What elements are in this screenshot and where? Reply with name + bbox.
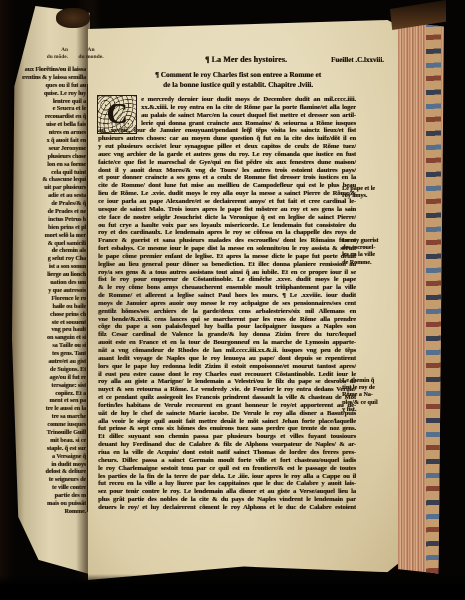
text-line: France & guerist et sana plusieurs malad… <box>98 237 356 245</box>
text-line: fist le roy pour empereur de Cõstantinob… <box>98 276 356 284</box>
note-line: de Romme. <box>342 260 400 267</box>
margin-note-an-du-monde: Andu monde. <box>74 47 108 61</box>
note-line: ples/& ce quil <box>342 400 400 407</box>
text-line: auec vng archier de la garde et autres g… <box>98 151 356 159</box>
text-line: les parties de la fin de la terre de par… <box>98 473 356 481</box>
text-line: au palais de sainct Marc/en la court duq… <box>141 112 356 120</box>
note-line: Le pape et le <box>342 186 400 193</box>
text-line: roy et des cardinaulx. Le lendemain apre… <box>98 229 356 237</box>
margin-note: Le pape et leroy amys. <box>342 186 400 200</box>
binding-top-right <box>390 0 446 30</box>
text-line: deuant luy Ferdinand duc de Calabre & fi… <box>98 441 356 449</box>
text-line: moys de Januier apres auoir ouy messe le… <box>98 300 356 308</box>
note-line: y fist. <box>342 407 400 414</box>
bottom-shadow <box>0 574 465 600</box>
text-line: roy/a ses gens & a tous autres assistans… <box>98 269 356 277</box>
text-line: auant ledit voyage de Naples que le roy … <box>98 355 356 363</box>
note-line: An <box>42 47 68 54</box>
text-line: plus grãt partie des nobles de la cite &… <box>98 496 356 504</box>
note-line: les en la ville <box>342 252 400 259</box>
text-line: cite de Romme/ dont lune fut mise au mei… <box>98 182 356 190</box>
binding-headband <box>56 8 90 28</box>
previous-page-margin-note: Andu mõde. <box>42 47 68 61</box>
text-line: faicte/ce que fist le mareschal de Gye/q… <box>98 159 356 167</box>
note-line: tint le roy de <box>342 385 400 392</box>
text-line: riua en la ville de Acquin/ dont estoit … <box>98 449 356 457</box>
text-line: cte face de nostre seigñr Jesuchrist dic… <box>98 214 356 222</box>
note-line: roy amys. <box>342 193 400 200</box>
text-line: ce iour parla au pape Alexandre/et se de… <box>98 198 356 206</box>
text-line: gentilz hõmes/ses archiers de la garde/d… <box>98 308 356 316</box>
text-line: ou fut crye a haulte voix par ses loyaul… <box>98 222 356 230</box>
chapter-heading-line2: de la bonne iustice quil y establit. Cha… <box>118 80 358 89</box>
book-photo: Andu mõde. aux Florẽtins/ou il laissales… <box>0 0 465 600</box>
text-line: lors que le pape luy redonna ledit Zizim… <box>98 363 356 371</box>
text-line: fort esbahys. Ce mesme iour le pape dist… <box>98 245 356 253</box>
text-line: leglise au lieu general pour dõner sa be… <box>98 261 356 269</box>
text-line: lieu de Rõme. Le .xvie. dudit moys le ro… <box>98 190 356 198</box>
text-line: filz Cesar cardinal de Valence la grande… <box>98 331 356 339</box>
text-line: deuers le roy/ et luy declairerent cõmen… <box>98 504 356 512</box>
text-line: cheurs. Dillec passa a sainct Germain mo… <box>98 457 356 465</box>
note-line: An <box>74 47 108 54</box>
text-line: roy alla au giste a Marigne/ le lendemai… <box>98 378 356 386</box>
text-line: dont il y auoit deux Mores/& vng de Tour… <box>98 167 356 175</box>
text-line: il eust peu estre cause dont le roy Char… <box>98 371 356 379</box>
folio-number: Fueillet .C.lxxviii. <box>331 56 401 64</box>
text-line: le roy Charlemaigne sestoit tenu par ce … <box>98 465 356 473</box>
text-line: vne bende/&.xviii. cens lances qui se ma… <box>98 316 356 324</box>
book-fore-edge <box>398 22 444 578</box>
text-line: y eut plusieurs occis/et leur synagogue … <box>98 143 356 151</box>
text-line: Et dillec suyuant son chemin passa par p… <box>98 433 356 441</box>
text-line: au .xxviiie. iour de Januier ensuyuant/p… <box>98 127 356 135</box>
margin-note: Le roy gueristdes escrouel-les en la vil… <box>342 238 400 267</box>
note-line: Rõme a Na- <box>342 392 400 399</box>
text-line: de Romme/ et allerent a leglise sainct P… <box>98 292 356 300</box>
text-line: alla veoir le siege quil auoit fait mett… <box>98 418 356 426</box>
text-line: fut prinse & sept cens six hõmes des enu… <box>98 425 356 433</box>
body-text: e mercredy dernier iour dudit moys de De… <box>98 96 356 512</box>
text-line: cõge du pape a son palais/lequel luy bai… <box>98 323 356 331</box>
note-line: du monde. <box>74 54 108 61</box>
note-line: Le roy guerist <box>342 238 400 245</box>
margin-note: Le chemin q̃tint le roy deRõme a Na-ples… <box>342 378 400 414</box>
text-line: auoit este en France et en la tour de Bo… <box>98 339 356 347</box>
text-line: & le roy cõme bons amys cheuaucherent en… <box>98 284 356 292</box>
text-line: e mercredy dernier iour dudit moys de De… <box>141 96 356 104</box>
text-line: et pour donner craincte a ses gens et a … <box>98 174 356 182</box>
note-line: des escrouel- <box>342 245 400 252</box>
text-block-rule <box>87 84 88 512</box>
text-line: plusieurs autres choses: car au moyen du… <box>98 135 356 143</box>
note-line: du mõde. <box>42 54 68 61</box>
running-header: ¶ La Mer des hystoires. <box>148 55 344 64</box>
fore-edge-decoration <box>426 22 441 578</box>
text-line: uesque de sainct Malo. Trois iours apres… <box>98 206 356 214</box>
chapter-heading-line1: ¶ Comment le roy Charles fist son entree… <box>118 70 358 79</box>
text-line: le pape cõme premier enfant de leglise. … <box>98 253 356 261</box>
note-line: Le chemin q̃ <box>342 378 400 385</box>
text-line: uãt de luy le chef de saincte Marie iaco… <box>98 410 356 418</box>
text-line: sez pour tenir contre le roy. Le lendema… <box>98 488 356 496</box>
text-line: xx.&.xiiii. le roy entra en la cite de R… <box>141 104 356 112</box>
text-line: fortin/les habitans de Verule receurent … <box>98 402 356 410</box>
text-line: fut receu en la ville a luy liuree par l… <box>98 480 356 488</box>
text-line: et ce pendant quilz assiegeoit les Franc… <box>98 394 356 402</box>
text-line: nuyct & sen retourna a Rõme. Le vendredy… <box>98 386 356 394</box>
text-line: lerie qui donna grant craincte aux Romai… <box>141 120 356 128</box>
text-line: nãt a vng cõmandeur de Rhodes de lan mil… <box>98 347 356 355</box>
